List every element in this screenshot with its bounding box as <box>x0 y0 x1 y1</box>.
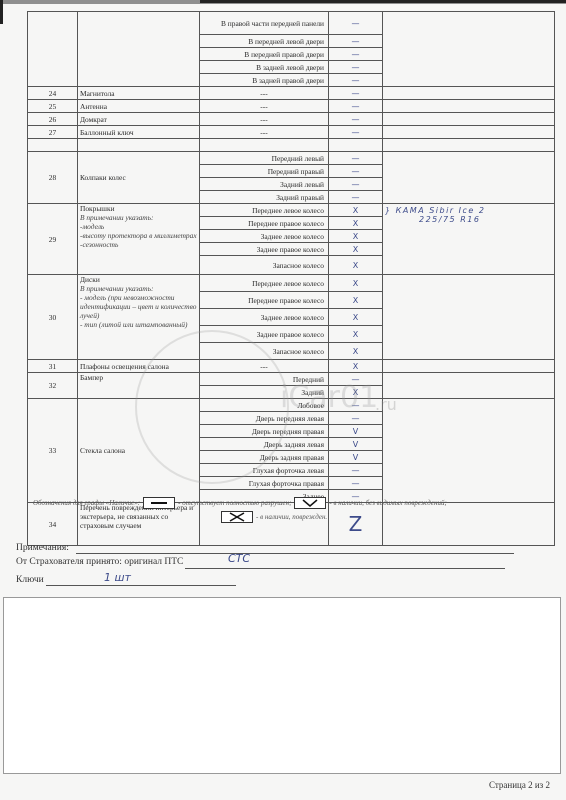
row-name: Баллонный ключ <box>78 126 200 139</box>
note-cell <box>383 399 555 503</box>
sub-item: Заднее правое колесо <box>200 243 329 256</box>
presence-mark: X <box>329 256 383 275</box>
page-number: Страница 2 из 2 <box>489 780 550 790</box>
table-row: 32 Бампер Передний — <box>28 373 555 386</box>
row-number: 28 <box>28 152 78 204</box>
keys-value: 1 шт <box>104 571 131 584</box>
presence-mark: X <box>329 360 383 373</box>
row-number: 29 <box>28 204 78 275</box>
table-row: 27 Баллонный ключ --- — <box>28 126 555 139</box>
legend-present: - в наличии, без видимых повреждений; <box>329 499 446 507</box>
scan-edge-left <box>0 0 3 24</box>
sub-item: Заднее левое колесо <box>200 230 329 243</box>
presence-mark: — <box>329 87 383 100</box>
sub-item: Переднее правое колесо <box>200 292 329 309</box>
row-name: Домкрат <box>78 113 200 126</box>
note-cell <box>383 113 555 126</box>
table-row: 30 Диски В примечании указать: - модель … <box>28 275 555 292</box>
sub-item: Задний <box>200 386 329 399</box>
row-name: Магнитола <box>78 87 200 100</box>
presence-mark: V <box>329 451 383 464</box>
sub-item: Дверь задняя левая <box>200 438 329 451</box>
row-name: Диски <box>80 275 197 284</box>
sub-item: В передней левой двери <box>200 35 329 48</box>
row-hint-line: -сезонность <box>80 240 197 249</box>
presence-mark: X <box>329 309 383 326</box>
sub-item: Дверь задняя правая <box>200 451 329 464</box>
note-cell <box>383 275 555 360</box>
sub-item: Передний правый <box>200 165 329 178</box>
row-number-cell <box>28 12 78 87</box>
row-name-cell: Диски В примечании указать: - модель (пр… <box>78 275 200 360</box>
sub-item: Лобовое <box>200 399 329 412</box>
presence-mark: X <box>329 243 383 256</box>
row-number: 31 <box>28 360 78 373</box>
presence-mark: — <box>329 12 383 35</box>
note-cell <box>383 152 555 204</box>
row-hint: В примечании указать: <box>80 284 197 293</box>
presence-mark: — <box>329 178 383 191</box>
note-line: 225/75 R16 <box>385 215 552 224</box>
presence-mark: — <box>329 152 383 165</box>
row-hint-line: -высоту протектора в миллиметрах <box>80 231 197 240</box>
sub-item: Переднее правое колесо <box>200 217 329 230</box>
presence-mark: X <box>329 292 383 309</box>
presence-mark: X <box>329 343 383 360</box>
sub-item: В задней левой двери <box>200 61 329 74</box>
presence-mark: — <box>329 113 383 126</box>
blank-area <box>3 597 561 774</box>
row-name-cell: Покрышки В примечании указать: -модель -… <box>78 204 200 275</box>
row-name: Антенна <box>78 100 200 113</box>
note-cell <box>383 87 555 100</box>
sub-item: Передний <box>200 373 329 386</box>
table-row: В правой части передней панели — <box>28 12 555 35</box>
presence-mark: — <box>329 61 383 74</box>
presence-mark: X <box>329 204 383 217</box>
sub-item: --- <box>200 360 329 373</box>
row-number: 33 <box>28 399 78 503</box>
presence-mark: — <box>329 477 383 490</box>
keys-field[interactable] <box>46 585 236 586</box>
presence-mark: — <box>329 48 383 61</box>
row-number: 30 <box>28 275 78 360</box>
legend: Обозначения для графы «Наличие»: - отсут… <box>33 497 553 523</box>
presence-mark: X <box>329 230 383 243</box>
sub-item: Передний левый <box>200 152 329 165</box>
presence-mark: — <box>329 126 383 139</box>
row-name: Колпаки колес <box>78 152 200 204</box>
row-number: 32 <box>28 373 78 399</box>
row-number: 25 <box>28 100 78 113</box>
presence-mark: — <box>329 100 383 113</box>
table-row: 25 Антенна --- — <box>28 100 555 113</box>
note-cell <box>383 126 555 139</box>
pts-label: От Страхователя принято: оригинал ПТС <box>16 557 183 567</box>
row-hint: В примечании указать: <box>80 213 197 222</box>
table-row: 24 Магнитола --- — <box>28 87 555 100</box>
check-box-icon <box>294 497 326 509</box>
presence-mark: V <box>329 425 383 438</box>
sub-item: Заднее левое колесо <box>200 309 329 326</box>
notes-field[interactable] <box>76 553 514 554</box>
note-cell <box>383 373 555 399</box>
presence-mark: — <box>329 165 383 178</box>
sub-item: Глухая форточка правая <box>200 477 329 490</box>
row-name: Бампер <box>78 373 200 399</box>
sub-item: Дверь передняя правая <box>200 425 329 438</box>
pts-field[interactable] <box>185 568 505 569</box>
presence-mark: — <box>329 399 383 412</box>
sub-item: Глухая форточка левая <box>200 464 329 477</box>
sub-item: В правой части передней панели <box>200 12 329 35</box>
table-row: 33 Стекла салона Лобовое — <box>28 399 555 412</box>
presence-mark: X <box>329 275 383 292</box>
notes-label: Примечания: <box>16 543 69 553</box>
sub-item: В задней правой двери <box>200 74 329 87</box>
keys-label: Ключи <box>16 575 44 585</box>
presence-mark: — <box>329 35 383 48</box>
sub-item: --- <box>200 126 329 139</box>
inspection-table: В правой части передней панели — В перед… <box>27 11 555 546</box>
row-hint-line: -модель <box>80 222 197 231</box>
sub-item: --- <box>200 100 329 113</box>
presence-mark: X <box>329 386 383 399</box>
sub-item: Переднее левое колесо <box>200 204 329 217</box>
table-row: 28 Колпаки колес Передний левый — <box>28 152 555 165</box>
table-row <box>28 139 555 152</box>
row-name: Стекла салона <box>78 399 200 503</box>
pts-value: СТС <box>228 552 250 565</box>
sub-item: Запасное колесо <box>200 256 329 275</box>
legend-prefix: Обозначения для графы «Наличие»: <box>33 499 140 507</box>
sub-item: Задний правый <box>200 191 329 204</box>
presence-mark: V <box>329 438 383 451</box>
note-cell <box>383 100 555 113</box>
row-number: 27 <box>28 126 78 139</box>
presence-mark: — <box>329 464 383 477</box>
table-row: 26 Домкрат --- — <box>28 113 555 126</box>
dash-box-icon <box>143 497 175 509</box>
note-line: } КАМА Sibir Ice 2 <box>385 206 552 215</box>
presence-mark: X <box>329 217 383 230</box>
note-cell <box>383 360 555 373</box>
legend-absent: - отсутствует полностью разрушен; <box>178 499 291 507</box>
sub-item: Задний левый <box>200 178 329 191</box>
sub-item: Дверь передняя левая <box>200 412 329 425</box>
presence-mark: — <box>329 74 383 87</box>
legend-damaged: - в наличии, поврежден. <box>256 513 327 521</box>
sub-item: В передней правой двери <box>200 48 329 61</box>
presence-mark: — <box>329 412 383 425</box>
row-number: 24 <box>28 87 78 100</box>
table-row: 29 Покрышки В примечании указать: -модел… <box>28 204 555 217</box>
sub-item: Переднее левое колесо <box>200 275 329 292</box>
note-cell <box>383 12 555 87</box>
row-hint-line: - модель (при невозможности идентификаци… <box>80 293 197 320</box>
row-name: Плафоны освещения салона <box>78 360 200 373</box>
presence-mark: — <box>329 373 383 386</box>
handwritten-note: } КАМА Sibir Ice 2 225/75 R16 <box>383 204 555 275</box>
row-number: 26 <box>28 113 78 126</box>
sub-item: --- <box>200 87 329 100</box>
row-name: Покрышки <box>80 204 197 213</box>
table-row: 31 Плафоны освещения салона --- X <box>28 360 555 373</box>
sub-item: Запасное колесо <box>200 343 329 360</box>
row-name-cell <box>78 12 200 87</box>
sub-item: --- <box>200 113 329 126</box>
presence-mark: X <box>329 326 383 343</box>
presence-mark: — <box>329 191 383 204</box>
scan-edge-dark <box>200 0 566 3</box>
cross-box-icon <box>221 511 253 523</box>
row-hint-line: - тип (литой или штампованный) <box>80 320 197 329</box>
sub-item: Заднее правое колесо <box>200 326 329 343</box>
